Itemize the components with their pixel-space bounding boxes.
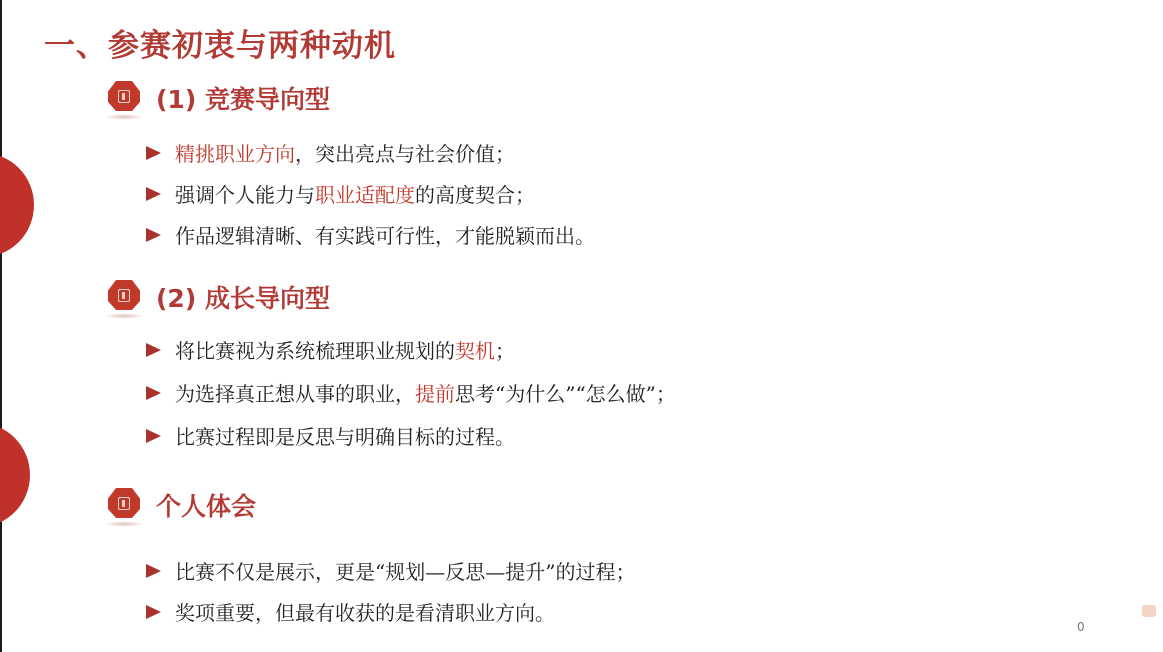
bullet-item: 为选择真正想从事的职业，提前思考“为什么”“怎么做”； bbox=[146, 370, 676, 415]
book-badge-icon bbox=[104, 81, 144, 115]
highlight-text: 提前 bbox=[415, 378, 455, 407]
arrow-bullet-icon bbox=[146, 187, 161, 201]
highlight-text: 精挑职业方向 bbox=[175, 138, 295, 167]
decor-half-circle-top bbox=[0, 153, 34, 257]
bullet-text: 思考“为什么”“怎么做”； bbox=[455, 378, 676, 407]
bullet-text: 比赛过程即是反思与明确目标的过程。 bbox=[175, 421, 515, 450]
arrow-bullet-icon bbox=[146, 386, 161, 400]
page-number: 0 bbox=[1077, 620, 1085, 634]
bullet-item: 奖项重要，但最有收获的是看清职业方向。 bbox=[146, 591, 635, 632]
highlight-text: 契机 bbox=[455, 335, 495, 364]
bullet-text: 强调个人能力与 bbox=[175, 179, 315, 208]
section-heading-reflection: 个人体会 bbox=[104, 487, 256, 523]
section-label: 个人体会 bbox=[156, 487, 256, 523]
bullet-item: 比赛不仅是展示，更是“规划—反思—提升”的过程； bbox=[146, 550, 635, 591]
arrow-bullet-icon bbox=[146, 343, 161, 357]
bullet-text: 为选择真正想从事的职业， bbox=[175, 378, 415, 407]
bullet-list-reflection: 比赛不仅是展示，更是“规划—反思—提升”的过程； 奖项重要，但最有收获的是看清职… bbox=[146, 550, 635, 632]
section-heading-competition: (1) 竞赛导向型 bbox=[104, 80, 330, 116]
slide-title: 一、参赛初衷与两种动机 bbox=[44, 20, 396, 65]
arrow-bullet-icon bbox=[146, 564, 161, 578]
bullet-item: 作品逻辑清晰、有实践可行性，才能脱颖而出。 bbox=[146, 214, 595, 255]
arrow-bullet-icon bbox=[146, 228, 161, 242]
bullet-list-growth: 将比赛视为系统梳理职业规划的契机； 为选择真正想从事的职业，提前思考“为什么”“… bbox=[146, 329, 676, 456]
bullet-text: 作品逻辑清晰、有实践可行性，才能脱颖而出。 bbox=[175, 220, 595, 249]
bullet-text: 将比赛视为系统梳理职业规划的 bbox=[175, 335, 455, 364]
section-label: (2) 成长导向型 bbox=[156, 279, 330, 315]
bullet-item: 比赛过程即是反思与明确目标的过程。 bbox=[146, 415, 676, 456]
bullet-item: 强调个人能力与职业适配度的高度契合； bbox=[146, 173, 595, 214]
highlight-text: 职业适配度 bbox=[315, 179, 415, 208]
bullet-item: 精挑职业方向，突出亮点与社会价值； bbox=[146, 132, 595, 173]
decor-half-circle-bottom bbox=[0, 423, 30, 527]
bullet-text: 比赛不仅是展示，更是“规划—反思—提升”的过程； bbox=[175, 556, 635, 585]
bullet-text: ； bbox=[495, 335, 515, 364]
bullet-list-competition: 精挑职业方向，突出亮点与社会价值； 强调个人能力与职业适配度的高度契合； 作品逻… bbox=[146, 132, 595, 255]
bullet-item: 将比赛视为系统梳理职业规划的契机； bbox=[146, 329, 676, 370]
book-badge-icon bbox=[104, 488, 144, 522]
bullet-text: ，突出亮点与社会价值； bbox=[295, 138, 515, 167]
book-badge-icon bbox=[104, 280, 144, 314]
left-edge-line bbox=[0, 0, 2, 652]
bullet-text: 奖项重要，但最有收获的是看清职业方向。 bbox=[175, 597, 555, 626]
bullet-text: 的高度契合； bbox=[415, 179, 535, 208]
section-label: (1) 竞赛导向型 bbox=[156, 80, 330, 116]
arrow-bullet-icon bbox=[146, 605, 161, 619]
arrow-bullet-icon bbox=[146, 429, 161, 443]
section-heading-growth: (2) 成长导向型 bbox=[104, 279, 330, 315]
arrow-bullet-icon bbox=[146, 146, 161, 160]
slide-corner-icon[interactable] bbox=[1142, 605, 1156, 617]
